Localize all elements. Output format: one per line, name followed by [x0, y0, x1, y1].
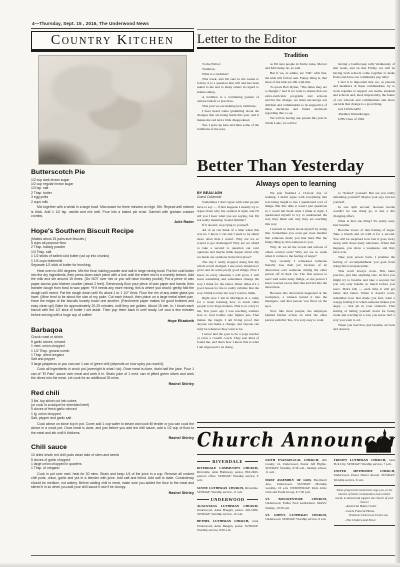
recipe-directions: Mix together with a whisk in a large bow… — [31, 205, 194, 218]
section-top-rule — [197, 29, 395, 30]
dateline-rule — [31, 28, 194, 29]
recipe-directions: Heat oven to 400 degrees. Mix the flour,… — [31, 269, 194, 318]
letter-masthead-rule — [197, 47, 395, 49]
direction-paragraph: Mix together with a whisk in a large bow… — [31, 205, 194, 218]
letter-paragraph: I have heard some grumbling about the ch… — [197, 109, 259, 122]
ingredient-line: Salt, pepper and garlic salt — [31, 416, 194, 420]
letter-to-editor-section: Letter to the Editor Tradition To the Ed… — [197, 29, 395, 132]
letter-paragraph: To quote Bob Dylan, "The times they are … — [265, 85, 327, 116]
sponsor-note: These progressive businesses urge you, i… — [335, 488, 394, 505]
recipe-red-chili: Red chili 3 lbs. top sirloin cut into cu… — [31, 390, 194, 441]
church-entry: BETHEL LUTHERAN CHURCH, rural Underwood,… — [197, 519, 258, 531]
letter-paragraph: To the Editor: — [197, 62, 259, 66]
body-paragraph: Now like most people, the employee blame… — [265, 309, 327, 322]
recipe-ingredients: 1/2 cup dark brown sugar1/2 cup regular … — [31, 178, 194, 205]
town-header-riverdale: RIVERDALE — [197, 459, 258, 464]
country-kitchen-title: Country Kitchen — [51, 34, 174, 48]
ingredient-line: 3 large jalapenos or you can use 1 can o… — [31, 362, 194, 366]
church-info: Underwood, Anna Haugen, pastor, 442-5286… — [197, 508, 258, 516]
church-listings-column-1: RIVERDALE RIVERDALE COMMUNITY CHURCH, Ri… — [197, 458, 258, 535]
newspaper-page: 4—Thursday, Sept. 15 , 2016, The Underwo… — [0, 0, 400, 567]
bty-column-1: BY BEAU ASH Guest Columnist Sometimes I … — [197, 191, 259, 350]
body-paragraph: Why do we let the words and actions of o… — [265, 245, 327, 258]
body-paragraph: What is that one thing? It's pretty easy… — [333, 219, 395, 228]
body-paragraph: The day I really stopped doing this my w… — [197, 260, 259, 295]
scan-edge — [395, 0, 400, 567]
church-info: Underwood. SUNDAY: Worship service, 9 a.… — [265, 517, 326, 521]
recipe-southern-biscuits: Hope's Southern Biscuit Recipe (Makes ab… — [31, 228, 194, 323]
church-banner: Church Announcements — [197, 428, 395, 454]
header-rule-left — [197, 461, 210, 462]
letter-paragraph: having a bonfire/pep rally Wednesday of … — [333, 62, 395, 80]
letter-paragraph: Yes, I grew up here and miss some of the… — [197, 123, 259, 132]
church-listings-column-3: TRINITY LUTHERAN CHURCH, rural Pick City… — [334, 458, 395, 535]
letter-paragraph: This year we are making new traditions. — [197, 104, 259, 108]
biscuits-photo — [38, 55, 187, 165]
body-paragraph: When you feel that, just breathe, sit ba… — [333, 323, 395, 332]
church-entry: AUGUSTANA LUTHERAN CHURCH, Underwood, An… — [197, 504, 258, 516]
column-body: BY BEAU ASH Guest Columnist Sometimes I … — [197, 191, 395, 350]
body-paragraph: I learned so much about myself by doing … — [265, 227, 327, 245]
author-title: Guest Columnist — [197, 195, 259, 199]
recipe-barbaqoa: Barbaqoa Chuck roast or sirloin5 garlic … — [31, 327, 194, 386]
body-paragraph: Right now I am in Michigan at a camp for… — [197, 296, 259, 331]
scan-edge — [0, 563, 400, 567]
body-paragraph: In one split second, because he/she coul… — [333, 205, 395, 218]
country-kitchen-masthead: Country Kitchen — [31, 31, 194, 52]
church-info: Riverdale, Alan Hatheway, pastor, 863-26… — [197, 470, 258, 482]
church-entry: FAITH EVANGELICAL CHURCH, 406 County 14,… — [265, 458, 326, 475]
direction-paragraph: Heat oven to 400 degrees. Mix the flour,… — [31, 269, 194, 318]
sponsor-item: –The Underwood News — [335, 518, 394, 523]
letter-paragraph: We will be having one parade this year i… — [265, 116, 327, 125]
church-entry: UNITED METHODIST CHURCH, Underwood, Past… — [334, 469, 395, 481]
ingredient-line: Separate 1/2 stick of butter for brushin… — [31, 263, 194, 267]
church-info: Underwood, Pastor Darrel Aleson. SUNDAY:… — [334, 473, 395, 481]
body-paragraph: Because this altercation happened at the… — [265, 291, 327, 309]
letter-paragraph: Tradition. — [197, 67, 259, 71]
church-entry: SUNNE LUTHERAN CHURCH, Riverdale. SUNDAY… — [197, 486, 258, 494]
recipe-title: Red chili — [31, 390, 194, 397]
direction-paragraph: Cook all ingredients in crock pot (overn… — [31, 367, 194, 380]
sponsor-box: These progressive businesses urge you, i… — [334, 485, 395, 526]
recipe-ingredients: 5 cups all-purpose flour2 Tbsp. baking p… — [31, 241, 194, 268]
body-paragraph: Very recently I witnessed someone litera… — [265, 259, 327, 290]
body-paragraph: Become aware of that feeling of anger. T… — [333, 228, 395, 255]
header-rule-right — [245, 461, 258, 462]
church-entry: RIVERDALE COMMUNITY CHURCH, Riverdale, A… — [197, 466, 258, 483]
body-paragraph: Sometimes I don't agree with what people… — [197, 200, 259, 222]
recipe-ingredients: 3 lbs. top sirloin cut into cubes(or coo… — [31, 399, 194, 421]
letter-paragraph: A tradition is a continuing pattern of c… — [197, 95, 259, 104]
letter-paragraph: GO COUGARS! — [333, 107, 395, 111]
recipe-byline: Hope Elizabeth — [31, 319, 194, 323]
church-listings-column-2: FAITH EVANGELICAL CHURCH, 406 County 14,… — [265, 458, 326, 535]
church-building-icon — [363, 429, 393, 453]
letter-column-2: as I'm sure people in Turtle Lake, Merce… — [265, 62, 327, 132]
recipe-byline: Rashel Shirley — [31, 491, 194, 495]
recipe-ingredients: Chuck roast or sirloin5 garlic cloves, m… — [31, 335, 194, 366]
recipe-byline: Julie Rader — [31, 220, 194, 224]
body-paragraph: If it doesn't, stop lying to yourself. — [197, 223, 259, 227]
recipe-butterscotch-pie: Butterscotch Pie 1/2 cup dark brown suga… — [31, 169, 194, 224]
ingredient-line: 2 cups milk — [31, 200, 194, 204]
recipe-directions: Cook above on stove top in pot. Cover ad… — [31, 422, 194, 435]
letter-paragraph: What is a tradition? — [197, 72, 259, 76]
letter-paragraph: This week, and I'm sure in the weeks to … — [197, 77, 259, 95]
letter-column-3: having a bonfire/pep rally Wednesday of … — [333, 62, 395, 132]
recipe-chili-sauce: Chili sauce 10 dried whole red chili pod… — [31, 444, 194, 495]
page-bottom-rule — [31, 555, 395, 556]
church-info: Underwood, Father Fred Gerhardson. MASS:… — [265, 501, 326, 509]
better-than-yesterday-section: Better Than Yesterday Always open to lea… — [197, 157, 395, 350]
recipe-directions: Cook all ingredients in crock pot (overn… — [31, 367, 194, 380]
letter-paragraph: But if we, as adults, are "OK" with this… — [265, 71, 327, 84]
bty-column-3: to "defend" yourself. But are you really… — [333, 191, 395, 350]
recipe-ingredients: 10 dried whole red chili pods clean take… — [31, 453, 194, 471]
body-paragraph: I never had the goal to be a yoga teache… — [197, 332, 259, 350]
recipe-byline: Rashel Shirley — [31, 436, 194, 440]
direction-paragraph: Cook in pot over med. heat for 30 mins. … — [31, 472, 194, 490]
letter-column-1: To the Editor:Tradition.What is a tradit… — [197, 62, 259, 132]
page-dateline: 4—Thursday, Sept. 15 , 2016, The Underwo… — [32, 21, 282, 26]
recipe-title: Butterscotch Pie — [31, 169, 194, 176]
church-listings: RIVERDALE RIVERDALE COMMUNITY CHURCH, Ri… — [197, 458, 395, 535]
town-name: UNDERWOOD — [211, 497, 245, 502]
header-rule-left — [197, 499, 209, 500]
body-paragraph: to "defend" yourself. But are you really… — [333, 191, 395, 204]
church-entry: TRINITY LUTHERAN CHURCH, rural Pick City… — [334, 458, 395, 466]
recipe-title: Hope's Southern Biscuit Recipe — [31, 228, 194, 235]
recipe-directions: Cook in pot over med. heat for 30 mins. … — [31, 472, 194, 490]
bty-column-1-text: Sometimes I don't agree with what people… — [197, 200, 259, 349]
town-header-underwood: UNDERWOOD — [197, 497, 258, 502]
letter-paragraph: -Heather Weisenberger, — [333, 112, 395, 116]
recipe-title: Chili sauce — [31, 444, 194, 451]
bty-column-2: We just finished a 13-hour day of traini… — [265, 191, 327, 350]
letter-columns: To the Editor:Tradition.What is a tradit… — [197, 62, 395, 132]
town-name: RIVERDALE — [212, 459, 243, 464]
church-announcements-section: Church Announcements RIVERDALE — [197, 422, 395, 535]
direction-paragraph: Cook above on stove top in pot. Cover ad… — [31, 422, 194, 435]
body-paragraph: Take your power back. I promise the feel… — [333, 255, 395, 268]
letter-title: Tradition — [197, 53, 395, 59]
recipe-title: Barbaqoa — [31, 327, 194, 334]
letter-masthead: Letter to the Editor — [197, 32, 395, 46]
letter-paragraph: I feel it is important that we, as paren… — [333, 80, 395, 107]
column-masthead: Better Than Yesterday — [197, 157, 395, 175]
letter-paragraph: UHS Class of 1992 — [333, 117, 395, 121]
body-paragraph: All of us can think of a time when this … — [197, 228, 259, 259]
header-rule-right — [247, 499, 259, 500]
church-entry: FIRST ASSEMBLY OF GOD, Borchardt Ave., U… — [265, 478, 326, 495]
banner-bottom-rule — [197, 454, 395, 455]
church-entry: ST. JOHN'S LUTHERAN CHURCH, Underwood. S… — [265, 513, 326, 521]
letter-paragraph: as I'm sure people in Turtle Lake, Merce… — [265, 62, 327, 71]
country-kitchen-section: Country Kitchen Butterscotch Pie 1/2 cup… — [31, 31, 194, 495]
column-masthead-rule — [197, 176, 395, 177]
recipe-byline: Rashel Shirley — [31, 382, 194, 386]
column-subhead: Always open to learning — [197, 181, 395, 188]
ingredient-line: 1 Tbsp. of oregano — [31, 466, 194, 470]
church-entry: ST. BONAVENTURE CHURCH, Underwood, Fathe… — [265, 497, 326, 509]
body-paragraph: We just finished a 13-hour day of traini… — [265, 191, 327, 226]
body-paragraph: This won't always work. This takes pract… — [333, 269, 395, 322]
